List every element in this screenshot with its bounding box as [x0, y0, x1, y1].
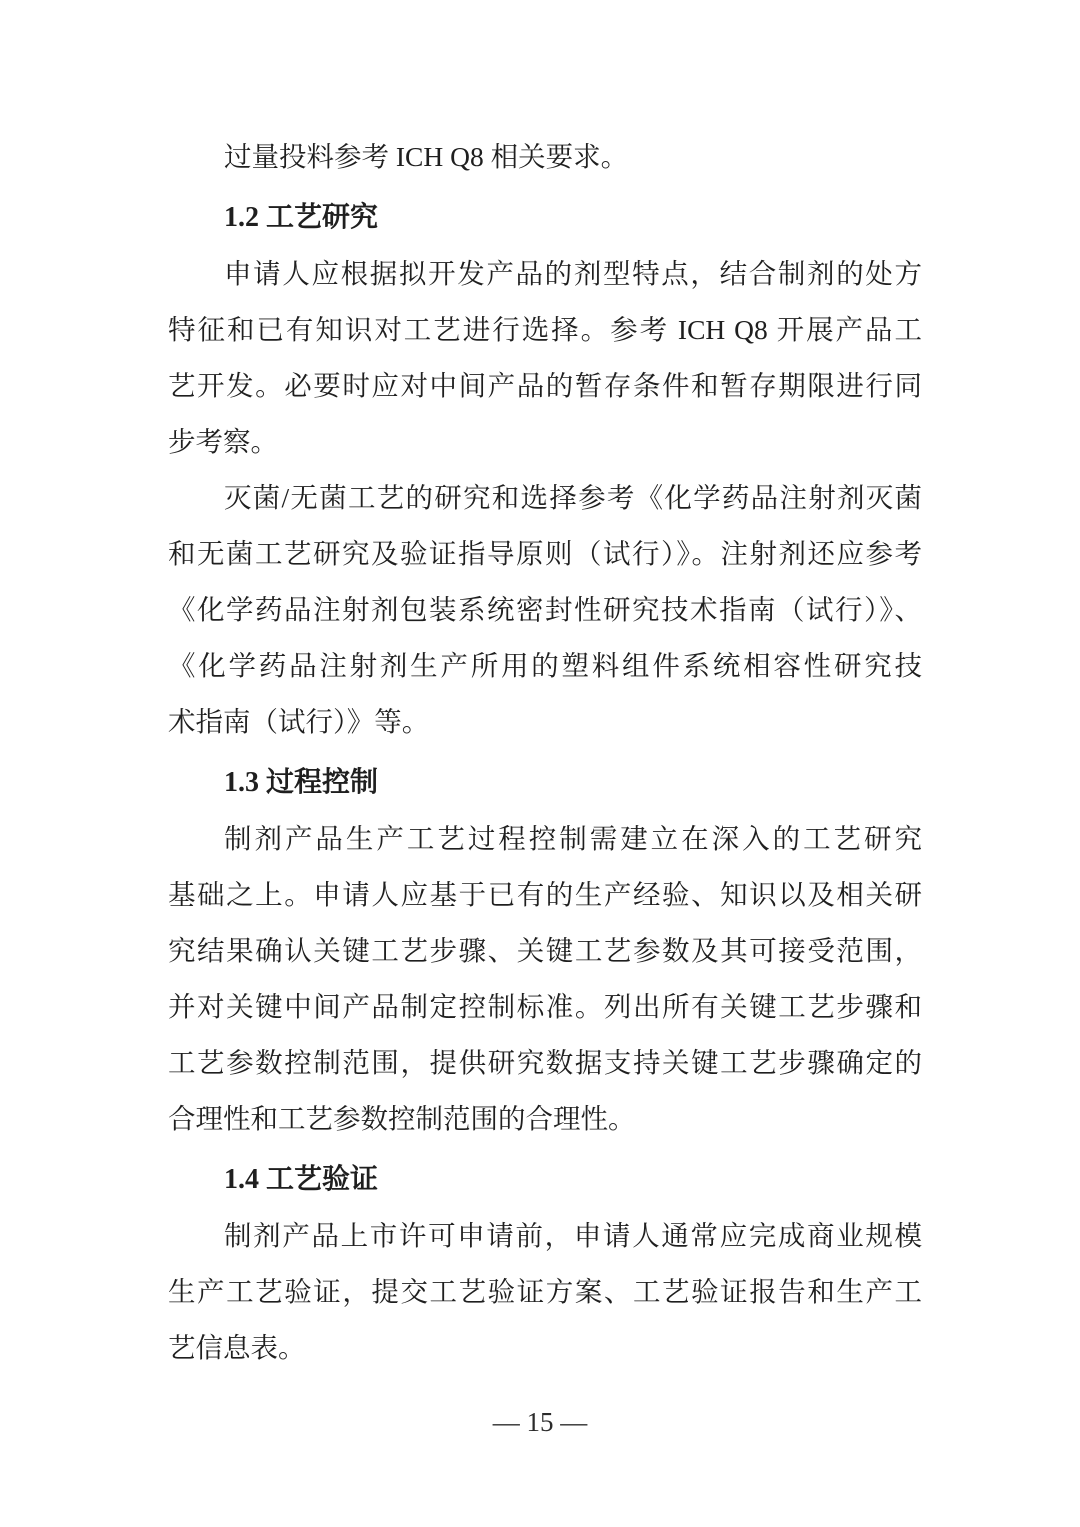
body-line: 究结果确认关键工艺步骤、关键工艺参数及其可接受范围，: [168, 923, 922, 979]
document-page: 过量投料参考 ICH Q8 相关要求。 1.2 工艺研究 申请人应根据拟开发产品…: [0, 0, 1080, 1527]
section-heading-1-2: 1.2 工艺研究: [168, 190, 922, 246]
section-heading-1-3: 1.3 过程控制: [168, 755, 922, 811]
body-line: 特征和已有知识对工艺进行选择。参考 ICH Q8 开展产品工: [168, 302, 922, 358]
page-number: — 15 —: [0, 1402, 1080, 1442]
body-line: 步考察。: [168, 414, 922, 470]
body-line: 工艺参数控制范围，提供研究数据支持关键工艺步骤确定的: [168, 1035, 922, 1091]
body-line: 合理性和工艺参数控制范围的合理性。: [168, 1091, 922, 1147]
body-line: 《化学药品注射剂包装系统密封性研究技术指南（试行）》、: [168, 582, 922, 638]
body-line: 制剂产品上市许可申请前，申请人通常应完成商业规模: [168, 1208, 922, 1264]
body-line: 过量投料参考 ICH Q8 相关要求。: [168, 129, 922, 185]
body-line: 《化学药品注射剂生产所用的塑料组件系统相容性研究技: [168, 638, 922, 694]
body-line: 艺开发。必要时应对中间产品的暂存条件和暂存期限进行同: [168, 358, 922, 414]
body-line: 制剂产品生产工艺过程控制需建立在深入的工艺研究: [168, 811, 922, 867]
body-line: 生产工艺验证，提交工艺验证方案、工艺验证报告和生产工: [168, 1264, 922, 1320]
section-heading-1-4: 1.4 工艺验证: [168, 1152, 922, 1208]
text-block: 过量投料参考 ICH Q8 相关要求。 1.2 工艺研究 申请人应根据拟开发产品…: [168, 129, 922, 1376]
body-line: 艺信息表。: [168, 1320, 922, 1376]
body-line: 并对关键中间产品制定控制标准。列出所有关键工艺步骤和: [168, 979, 922, 1035]
body-line: 申请人应根据拟开发产品的剂型特点，结合制剂的处方: [168, 246, 922, 302]
body-line: 术指南（试行）》等。: [168, 694, 922, 750]
body-line: 灭菌/无菌工艺的研究和选择参考《化学药品注射剂灭菌: [168, 470, 922, 526]
body-line: 基础之上。申请人应基于已有的生产经验、知识以及相关研: [168, 867, 922, 923]
body-line: 和无菌工艺研究及验证指导原则（试行）》。注射剂还应参考: [168, 526, 922, 582]
